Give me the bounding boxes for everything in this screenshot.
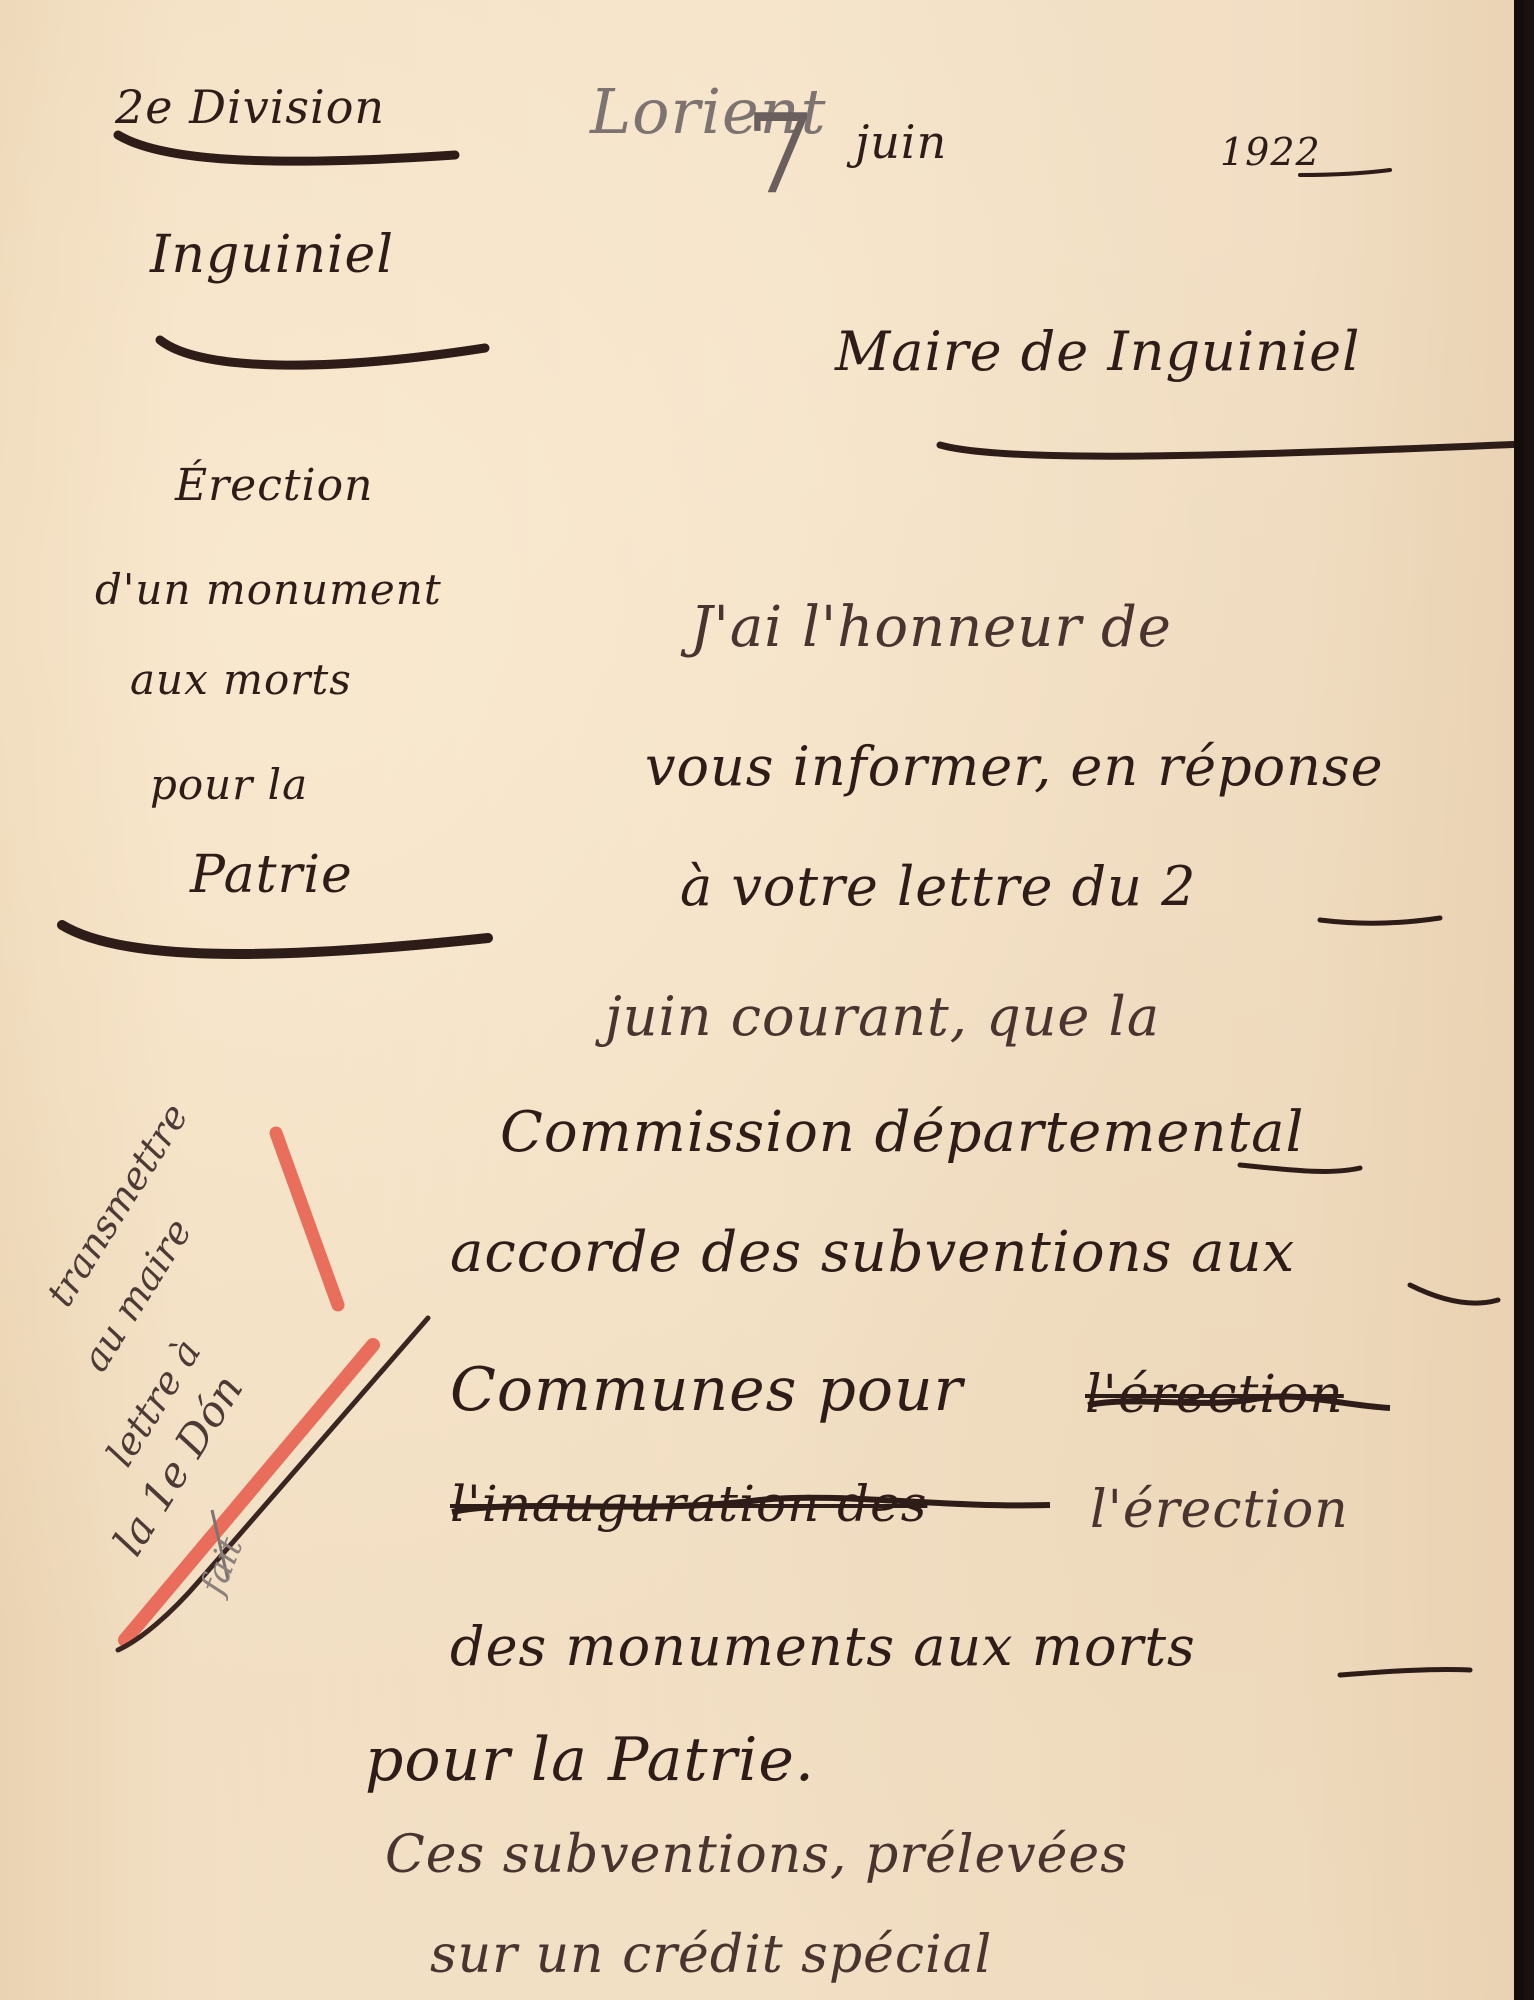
body-line: Ces subventions, prélevées <box>385 1825 1128 1885</box>
header-addressee: Maire de Inguiniel <box>835 320 1360 383</box>
body-line: pour la Patrie. <box>365 1725 815 1795</box>
margin-subject-line: aux morts <box>130 655 352 704</box>
margin-subject-line: Érection <box>175 460 373 511</box>
body-line: Commission départemental <box>500 1100 1304 1165</box>
header-year: 1922 <box>1220 130 1321 174</box>
body-line: à votre lettre du 2 <box>680 855 1196 918</box>
body-line: J'ai l'honneur de <box>690 595 1172 660</box>
annotation-line: transmettre <box>38 1096 197 1314</box>
underline-addressee <box>940 444 1524 456</box>
body-line: accorde des subventions aux <box>450 1220 1295 1285</box>
body-line: l'érection <box>1090 1480 1349 1540</box>
body-line: juin courant, que la <box>605 985 1160 1048</box>
body-line: Communes pour <box>450 1355 963 1425</box>
flourish-du-2 <box>1320 918 1440 923</box>
struck-text: l'inauguration des <box>450 1475 927 1533</box>
body-line: des monuments aux morts <box>450 1615 1196 1678</box>
underline-division <box>118 135 455 161</box>
struck-text: l'érection <box>1085 1365 1344 1425</box>
margin-subject-line: Patrie <box>190 845 353 905</box>
letter-page: 2e Division Inguiniel Érection d'un monu… <box>0 0 1524 2000</box>
body-line: vous informer, en réponse <box>645 735 1384 798</box>
underline-commune <box>160 340 485 365</box>
margin-division: 2e Division <box>115 80 385 134</box>
margin-subject-line: d'un monument <box>95 565 442 614</box>
flourish-aux <box>1410 1285 1498 1303</box>
margin-commune: Inguiniel <box>150 225 394 285</box>
scan-edge <box>1514 0 1524 2000</box>
header-month: juin <box>855 115 947 169</box>
underline-subject <box>62 925 488 954</box>
flourish-morts <box>1340 1669 1470 1675</box>
flourish-departemental <box>1240 1165 1360 1171</box>
header-day: 7 <box>745 90 816 218</box>
body-line: sur un crédit spécial <box>430 1925 992 1985</box>
margin-subject-line: pour la <box>150 760 308 809</box>
